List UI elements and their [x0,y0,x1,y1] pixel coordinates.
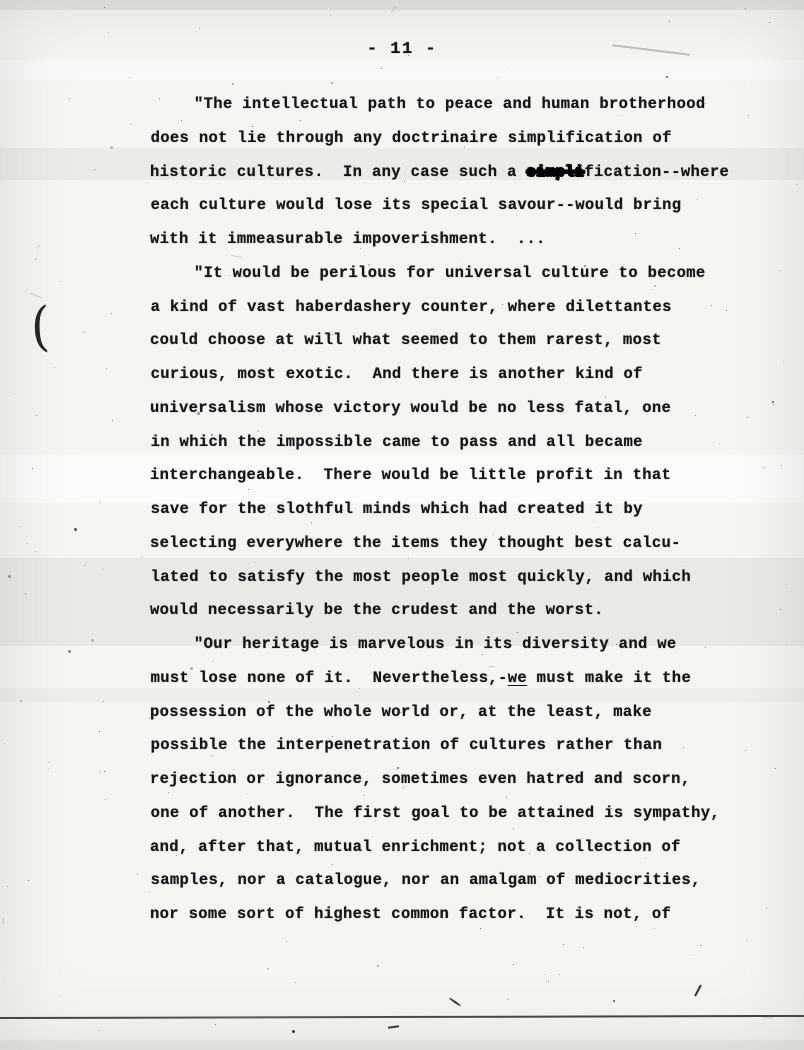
text-segment: selecting everywhere the items they thou… [150,534,681,552]
text-line: in which the impossible came to pass and… [151,426,730,460]
scan-shade-band [0,1040,804,1050]
text-segment: must lose none of it. Nevertheless,- [151,669,508,687]
text-line: samples, nor a catalogue, nor an amalgam… [151,864,730,898]
paragraph-3: "Our heritage is marvelous in its divers… [150,628,729,932]
text-line: lated to satisfy the most people most qu… [151,561,730,595]
noise-speck [583,947,584,948]
text-line: possible the interpenetration of culture… [151,729,730,763]
noise-speck [69,98,70,99]
noise-speck [772,401,774,403]
noise-speck [199,28,200,29]
noise-speck [766,908,767,909]
noise-speck [20,700,22,702]
noise-speck [32,468,33,469]
noise-speck [8,575,11,578]
noise-speck [745,750,746,751]
text-segment: one of another. The first goal to be att… [151,804,720,822]
text-segment: with it immeasurable impoverishment. ... [150,230,546,248]
noise-speck [36,415,37,416]
noise-speck [694,955,695,956]
noise-speck [84,332,85,333]
noise-speck [99,502,100,503]
text-segment: possession of the whole world or, at the… [150,703,652,721]
noise-speck [797,184,798,185]
text-segment: lated to satisfy the most people most qu… [151,568,691,586]
noise-speck [104,771,105,772]
paragraph-2: "It would be perilous for universal cult… [150,257,729,628]
document-page: - 11 - ( "The intellectual path to peace… [0,0,804,1050]
noise-speck [111,313,112,314]
text-segment: fication--where [584,163,729,181]
text-line: "Our heritage is marvelous in its divers… [150,628,729,662]
text-line: selecting everywhere the items they thou… [150,527,729,561]
text-segment: "Our heritage is marvelous in its divers… [194,635,677,653]
noise-speck [102,569,103,570]
text-segment: nor some sort of highest common factor. … [150,905,671,923]
noise-speck [286,941,287,942]
noise-speck [232,83,234,85]
noise-speck [137,874,138,875]
noise-speck [7,886,8,887]
text-line: a kind of vast haberdashery counter, whe… [151,291,730,325]
noise-speck [746,941,747,942]
text-segment: does not lie through any doctrinaire sim… [151,129,672,147]
noise-speck [129,77,130,78]
noise-speck [106,368,107,369]
text-line: does not lie through any doctrinaire sim… [151,122,730,156]
noise-speck [507,999,508,1000]
noise-speck [769,22,770,23]
scan-artifact [292,1030,295,1033]
noise-speck [103,701,104,702]
noise-speck [91,639,94,642]
text-segment: could choose at will what seemed to them… [150,331,662,349]
noise-speck [99,731,100,732]
noise-speck [26,543,27,544]
noise-speck [61,281,62,282]
text-segment: would necessarily be the crudest and the… [150,601,604,619]
noise-speck [85,565,86,566]
noise-speck [15,393,16,394]
text-line: curious, most exotic. And there is anoth… [151,358,730,392]
scan-line-artifact [0,1015,804,1019]
noise-speck [563,944,564,945]
text-line: rejection or ignorance, sometimes even h… [150,763,729,797]
text-segment: and, after that, mutual enrichment; not … [150,838,681,856]
noise-speck [700,945,701,946]
text-line: each culture would lose its special savo… [151,189,730,223]
text-line: universalism whose victory would be no l… [150,392,729,426]
noise-speck [382,962,383,963]
noise-speck [35,551,36,552]
text-line: save for the slothful minds which had cr… [151,493,730,527]
noise-speck [780,609,781,610]
text-line: possession of the whole world or, at the… [150,696,729,730]
text-segment: "The intellectual path to peace and huma… [194,95,706,113]
noise-speck [35,259,36,260]
text-segment: possible the interpenetration of culture… [151,736,663,754]
text-line: historic cultures. In any case such a si… [150,156,729,190]
noise-speck [20,526,21,527]
text-line: could choose at will what seemed to them… [150,324,729,358]
underlined-word: we [508,669,527,687]
document-body: "The intellectual path to peace and huma… [150,88,729,932]
text-line: would necessarily be the crudest and the… [150,594,729,628]
noise-speck [513,964,514,965]
noise-speck [331,82,333,84]
noise-speck [4,743,5,744]
scan-shade-band [0,60,804,80]
text-line: must lose none of it. Nevertheless,-we m… [151,662,730,696]
noise-speck [779,270,780,271]
noise-fiber [3,918,4,925]
noise-speck [49,762,50,763]
noise-speck [25,593,26,594]
text-segment: "It would be perilous for universal cult… [194,264,706,282]
text-line: "The intellectual path to peace and huma… [150,88,729,122]
noise-speck [381,68,382,69]
noise-speck [559,974,560,975]
noise-speck [377,965,379,967]
noise-speck [748,115,749,116]
noise-speck [763,467,764,468]
noise-speck [94,169,95,170]
text-segment: save for the slothful minds which had cr… [151,500,643,518]
noise-speck [105,799,106,800]
noise-speck [747,417,748,418]
noise-speck [508,67,509,68]
noise-speck [68,650,71,653]
noise-speck [497,78,498,79]
text-segment: in which the impossible came to pass and… [151,433,643,451]
scan-shade-band [0,0,804,10]
text-segment: samples, nor a catalogue, nor an amalgam… [151,871,701,889]
noise-speck [99,1030,100,1031]
handwritten-paren-mark: ( [30,300,51,353]
noise-speck [54,367,55,368]
text-segment: each culture would lose its special savo… [151,196,682,214]
noise-speck [99,771,100,772]
noise-fiber [762,1017,773,1019]
text-segment: universalism whose victory would be no l… [150,399,671,417]
noise-speck [745,8,746,9]
noise-speck [548,981,549,982]
text-line: and, after that, mutual enrichment; not … [150,831,729,865]
text-line: "It would be perilous for universal cult… [150,257,729,291]
text-line: one of another. The first goal to be att… [151,797,730,831]
noise-speck [785,584,786,585]
noise-speck [108,32,109,33]
noise-fiber [391,6,396,12]
noise-speck [141,556,142,557]
noise-speck [669,21,670,22]
noise-speck [48,768,49,769]
noise-fiber [36,244,40,248]
scan-artifact [449,997,462,1007]
text-line: interchangeable. There would be little p… [150,459,729,493]
text-line: with it immeasurable impoverishment. ... [150,223,729,257]
noise-speck [775,768,776,769]
text-segment: a kind of vast haberdashery counter, whe… [151,298,672,316]
noise-speck [61,995,62,996]
noise-speck [28,880,29,881]
noise-speck [330,15,331,16]
noise-speck [295,982,296,983]
noise-speck [130,124,131,125]
text-segment: historic cultures. In any case such a [150,163,526,181]
noise-speck [74,528,77,531]
noise-speck [110,146,113,149]
scan-artifact [694,984,702,996]
noise-speck [781,465,782,466]
page-number: - 11 - [0,40,804,59]
text-segment: curious, most exotic. And there is anoth… [151,365,643,383]
text-segment: interchangeable. There would be little p… [150,466,671,484]
text-line: nor some sort of highest common factor. … [150,898,729,932]
scan-artifact [388,1025,399,1029]
noise-speck [783,361,784,362]
noise-speck [267,968,269,970]
noise-speck [544,974,545,975]
text-segment: rejection or ignorance, sometimes even h… [150,770,690,788]
overtyped-word: simpli [526,163,584,181]
noise-speck [104,7,105,8]
noise-speck [613,1000,615,1002]
text-segment: must make it the [527,669,691,687]
noise-speck [666,76,668,78]
noise-speck [773,404,774,405]
noise-speck [215,1024,216,1025]
paragraph-1: "The intellectual path to peace and huma… [150,88,729,257]
noise-speck [112,420,113,421]
